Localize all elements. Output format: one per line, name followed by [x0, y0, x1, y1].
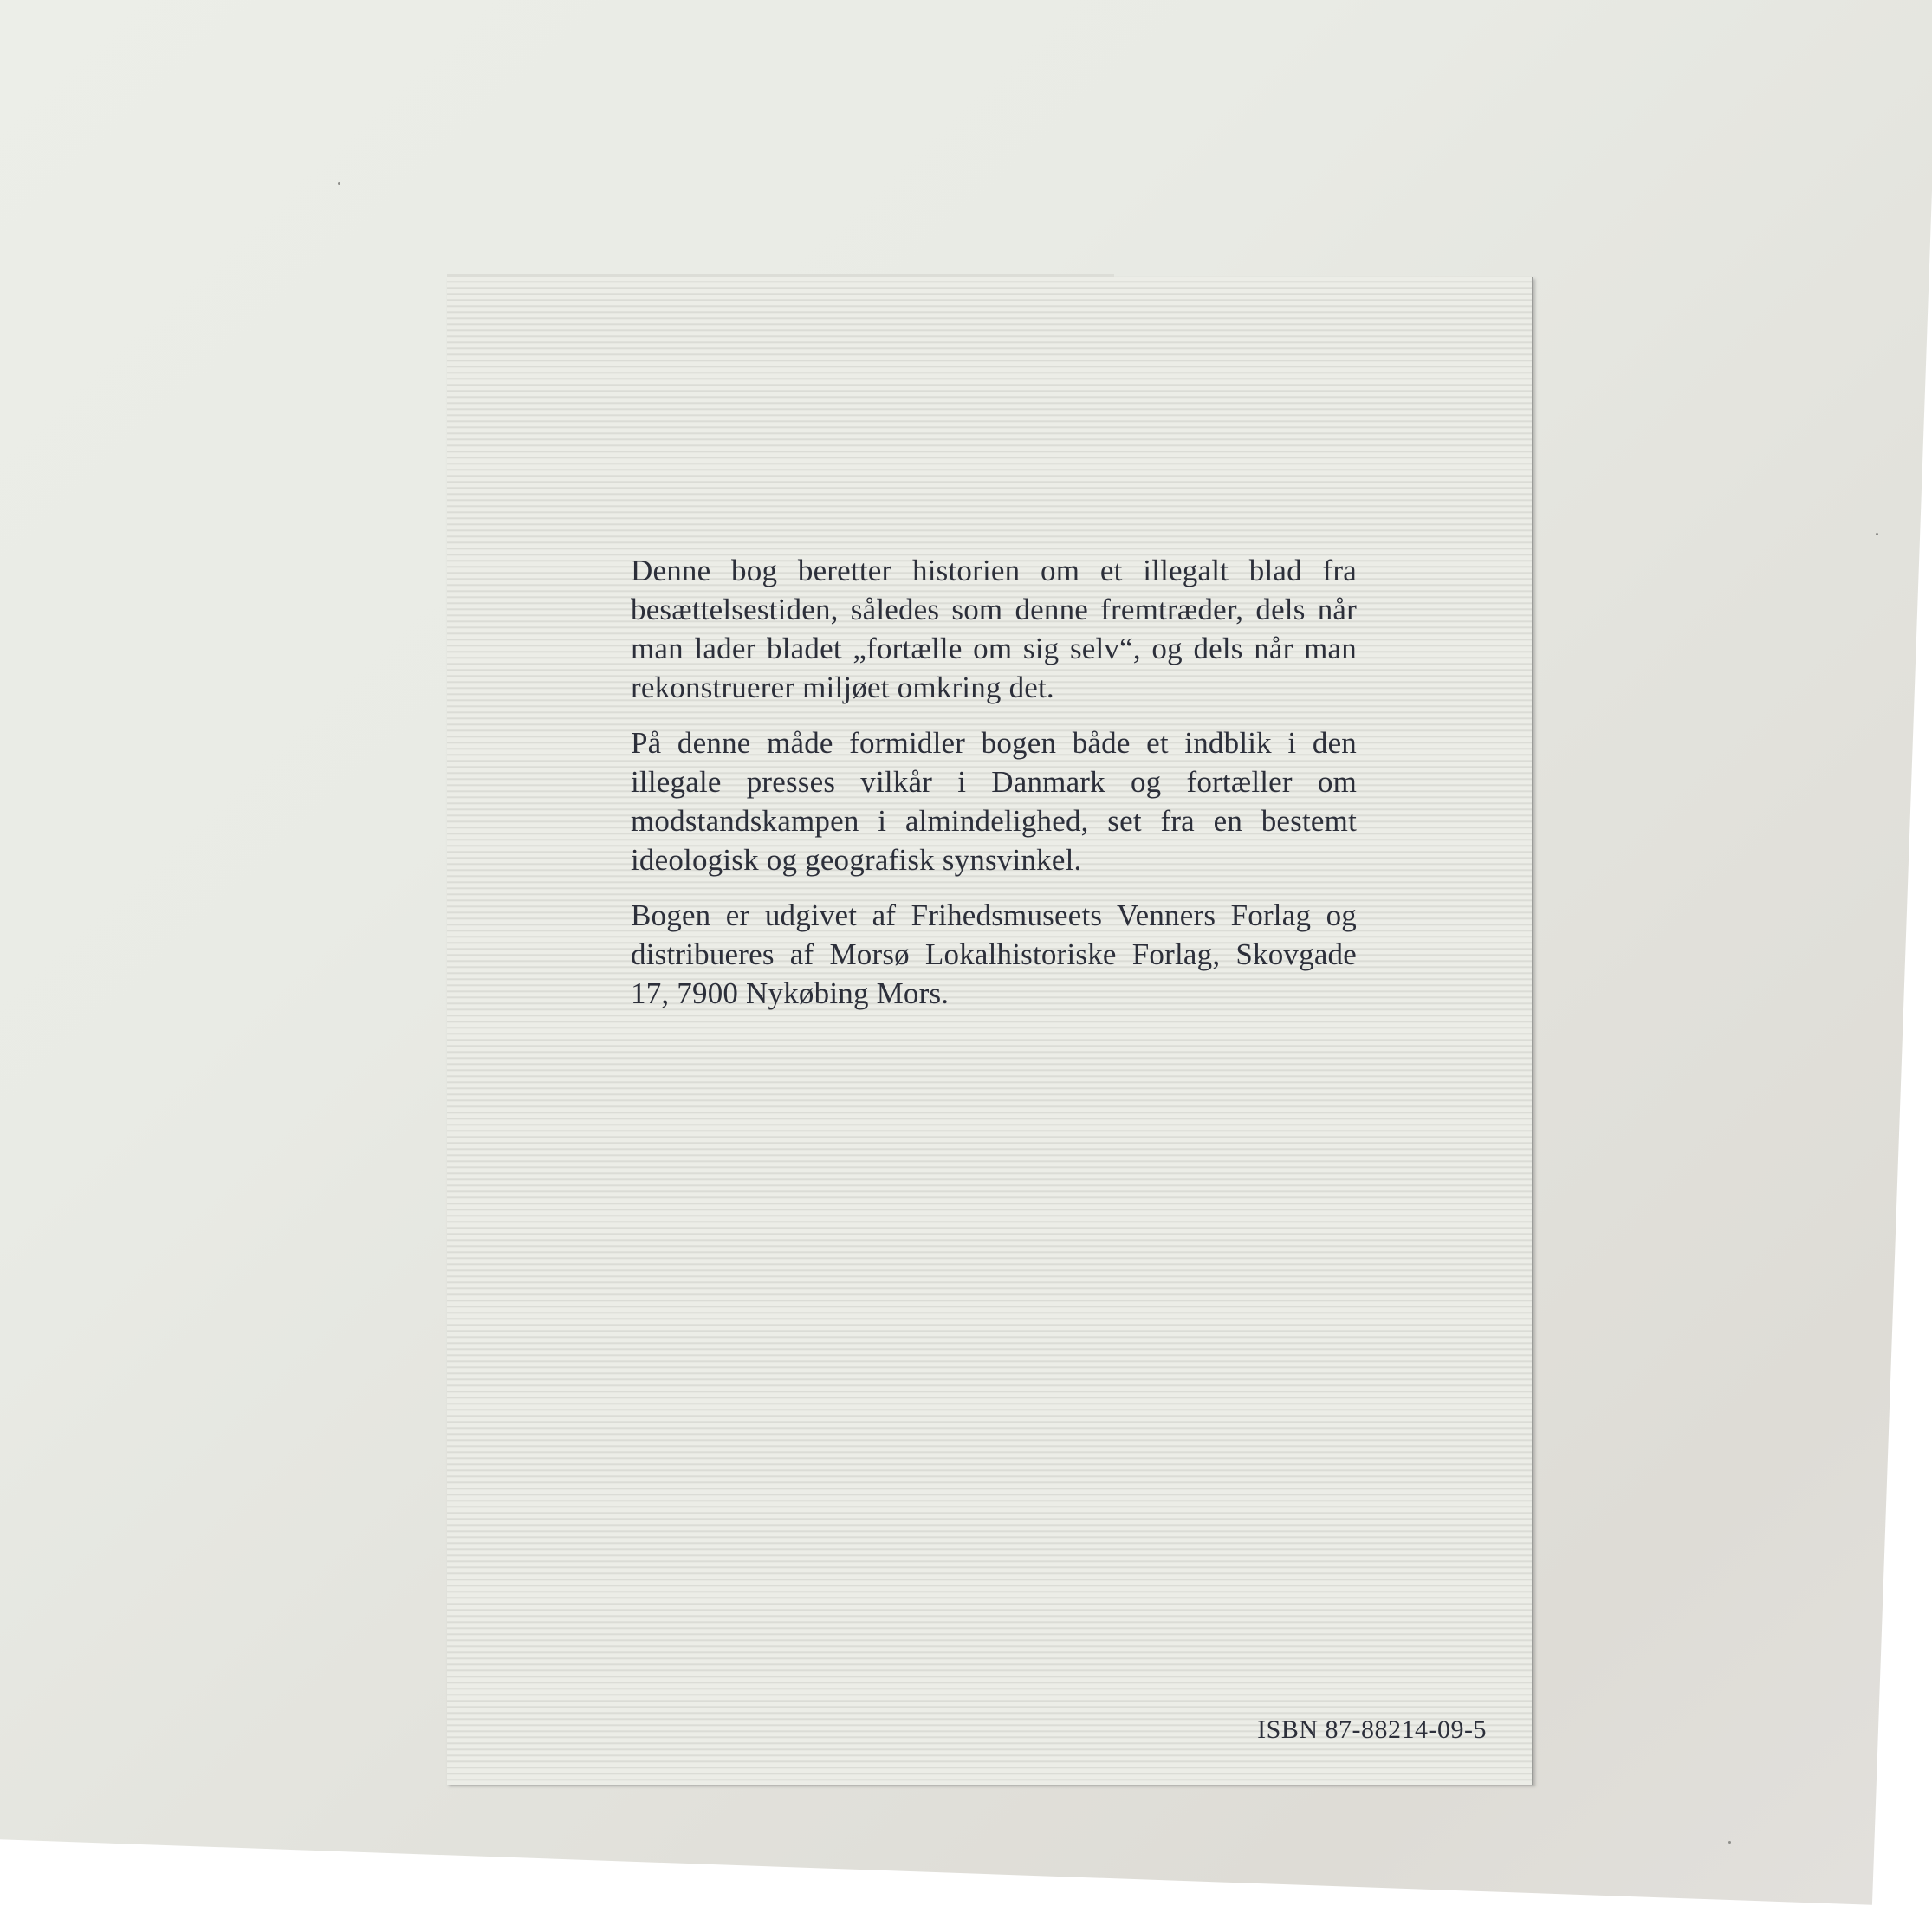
cover-blurb: Denne bog beretter historien om et illeg… — [631, 551, 1357, 1029]
dust-speck — [1728, 1841, 1731, 1844]
dust-speck — [1876, 533, 1878, 535]
blurb-paragraph-1: Denne bog beretter historien om et illeg… — [631, 551, 1357, 707]
book-back-cover: Denne bog beretter historien om et illeg… — [447, 277, 1533, 1785]
isbn-number: ISBN 87-88214-09-5 — [1257, 1715, 1487, 1745]
dust-speck — [338, 182, 340, 185]
blurb-paragraph-3: Bogen er udgivet af Frihedsmuseets Venne… — [631, 896, 1357, 1013]
blurb-paragraph-2: På denne måde formidler bogen både et in… — [631, 723, 1357, 879]
